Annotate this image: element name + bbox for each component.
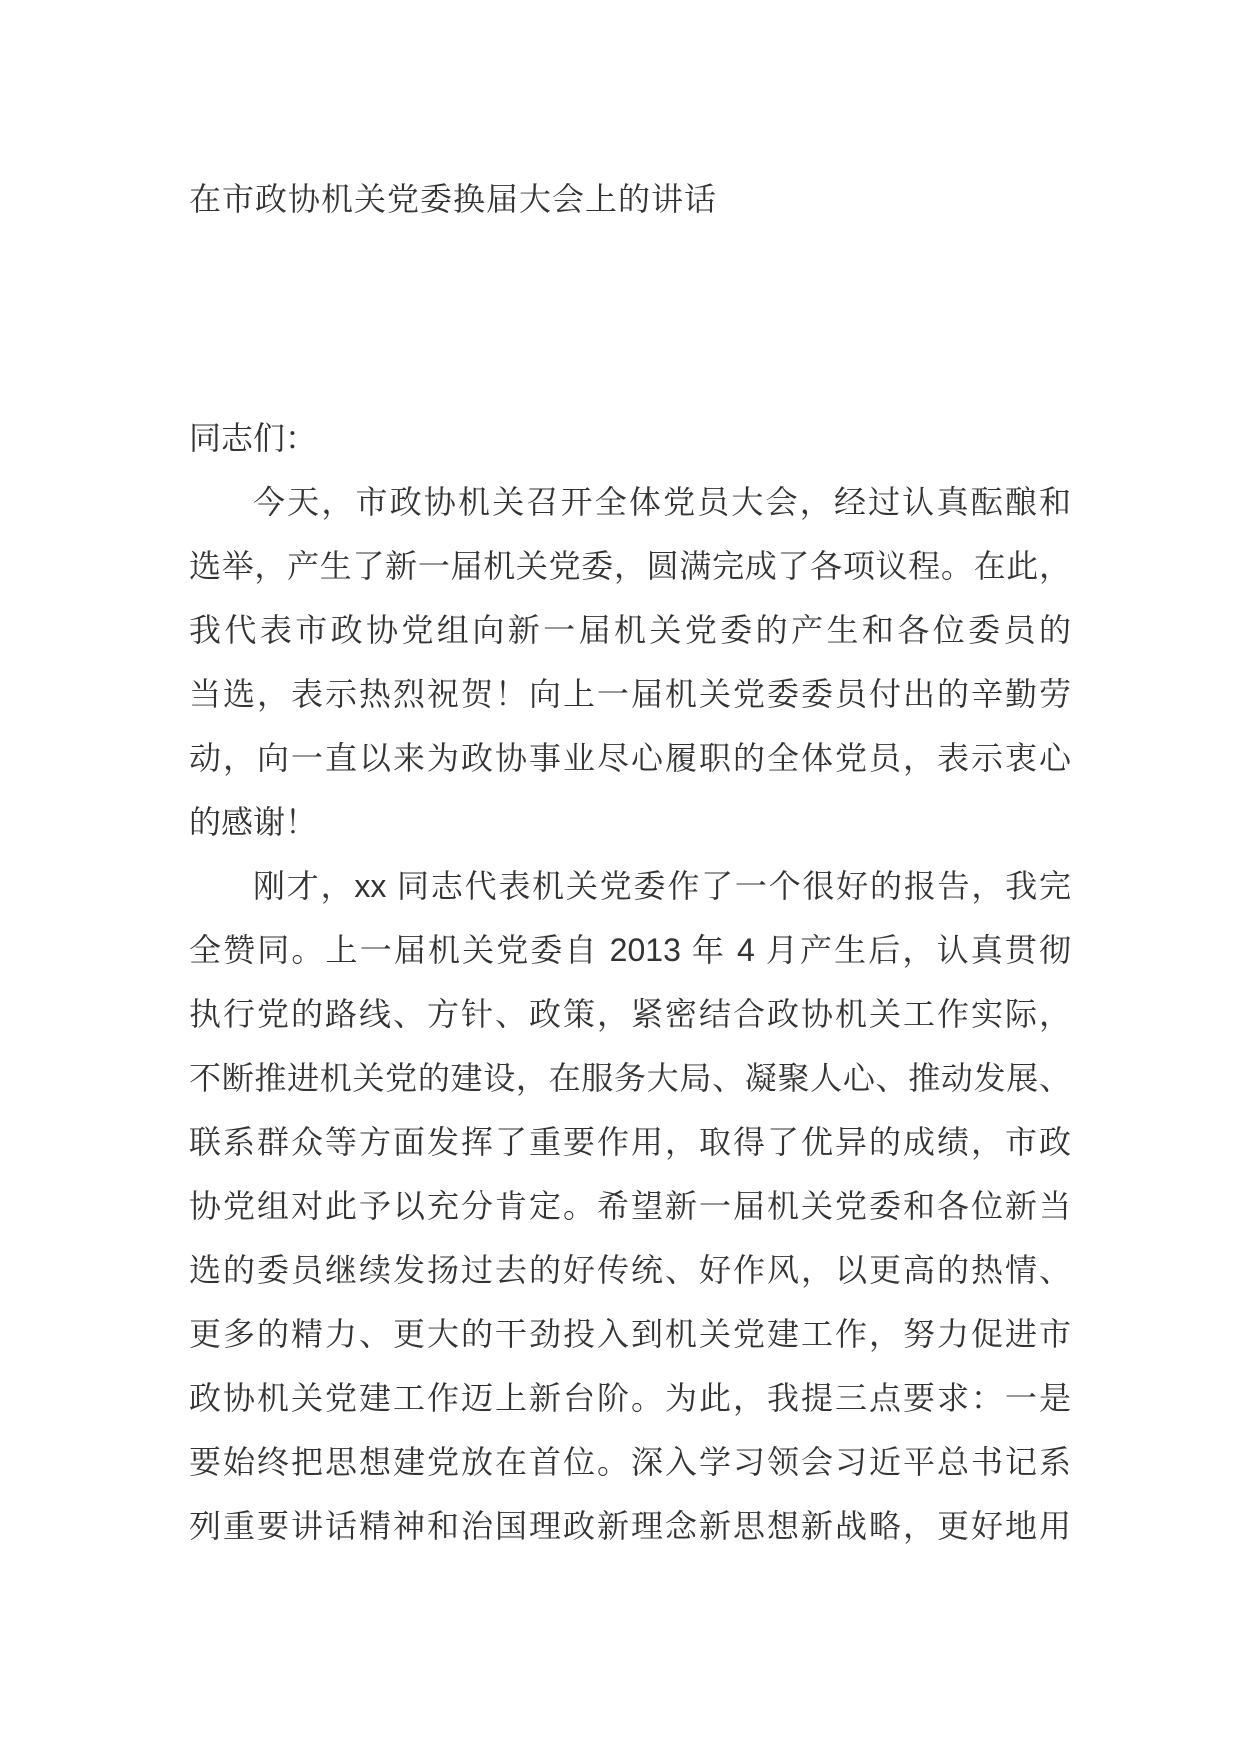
document-title: 在市政协机关党委换届大会上的讲话 <box>189 167 1071 231</box>
text-line: 的感谢！ <box>189 790 1071 854</box>
text-line: 全赞同。上一届机关党委自 2013 年 4 月产生后，认真贯彻 <box>189 918 1071 982</box>
text-line: 我代表市政协党组向新一届机关党委的产生和各位委员的 <box>189 598 1071 662</box>
text-line: 更多的精力、更大的干劲投入到机关党建工作，努力促进市 <box>189 1302 1071 1366</box>
text-line: 选举，产生了新一届机关党委，圆满完成了各项议程。在此， <box>189 534 1071 598</box>
text-line: 选的委员继续发扬过去的好传统、好作风，以更高的热情、 <box>189 1238 1071 1302</box>
document-page: 在市政协机关党委换届大会上的讲话 同志们： 今天，市政协机关召开全体党员大会，经… <box>0 0 1241 1755</box>
text-line: 政协机关党建工作迈上新台阶。为此，我提三点要求：一是 <box>189 1366 1071 1430</box>
text-line: 今天，市政协机关召开全体党员大会，经过认真酝酿和 <box>189 470 1071 534</box>
text-line: 不断推进机关党的建设，在服务大局、凝聚人心、推动发展、 <box>189 1046 1071 1110</box>
text-line: 联系群众等方面发挥了重要作用，取得了优异的成绩，市政 <box>189 1110 1071 1174</box>
document-content: 在市政协机关党委换届大会上的讲话 同志们： 今天，市政协机关召开全体党员大会，经… <box>189 167 1071 1558</box>
text-line: 列重要讲话精神和治国理政新理念新思想新战略，更好地用 <box>189 1494 1071 1558</box>
text-line: 要始终把思想建党放在首位。深入学习领会习近平总书记系 <box>189 1430 1071 1494</box>
text-line: 当选，表示热烈祝贺！向上一届机关党委委员付出的辛勤劳 <box>189 662 1071 726</box>
text-line-salutation: 同志们： <box>189 406 1071 470</box>
text-line: 刚才，xx 同志代表机关党委作了一个很好的报告，我完 <box>189 854 1071 918</box>
text-line: 执行党的路线、方针、政策，紧密结合政协机关工作实际， <box>189 982 1071 1046</box>
text-line: 动，向一直以来为政协事业尽心履职的全体党员，表示衷心 <box>189 726 1071 790</box>
text-line: 协党组对此予以充分肯定。希望新一届机关党委和各位新当 <box>189 1174 1071 1238</box>
